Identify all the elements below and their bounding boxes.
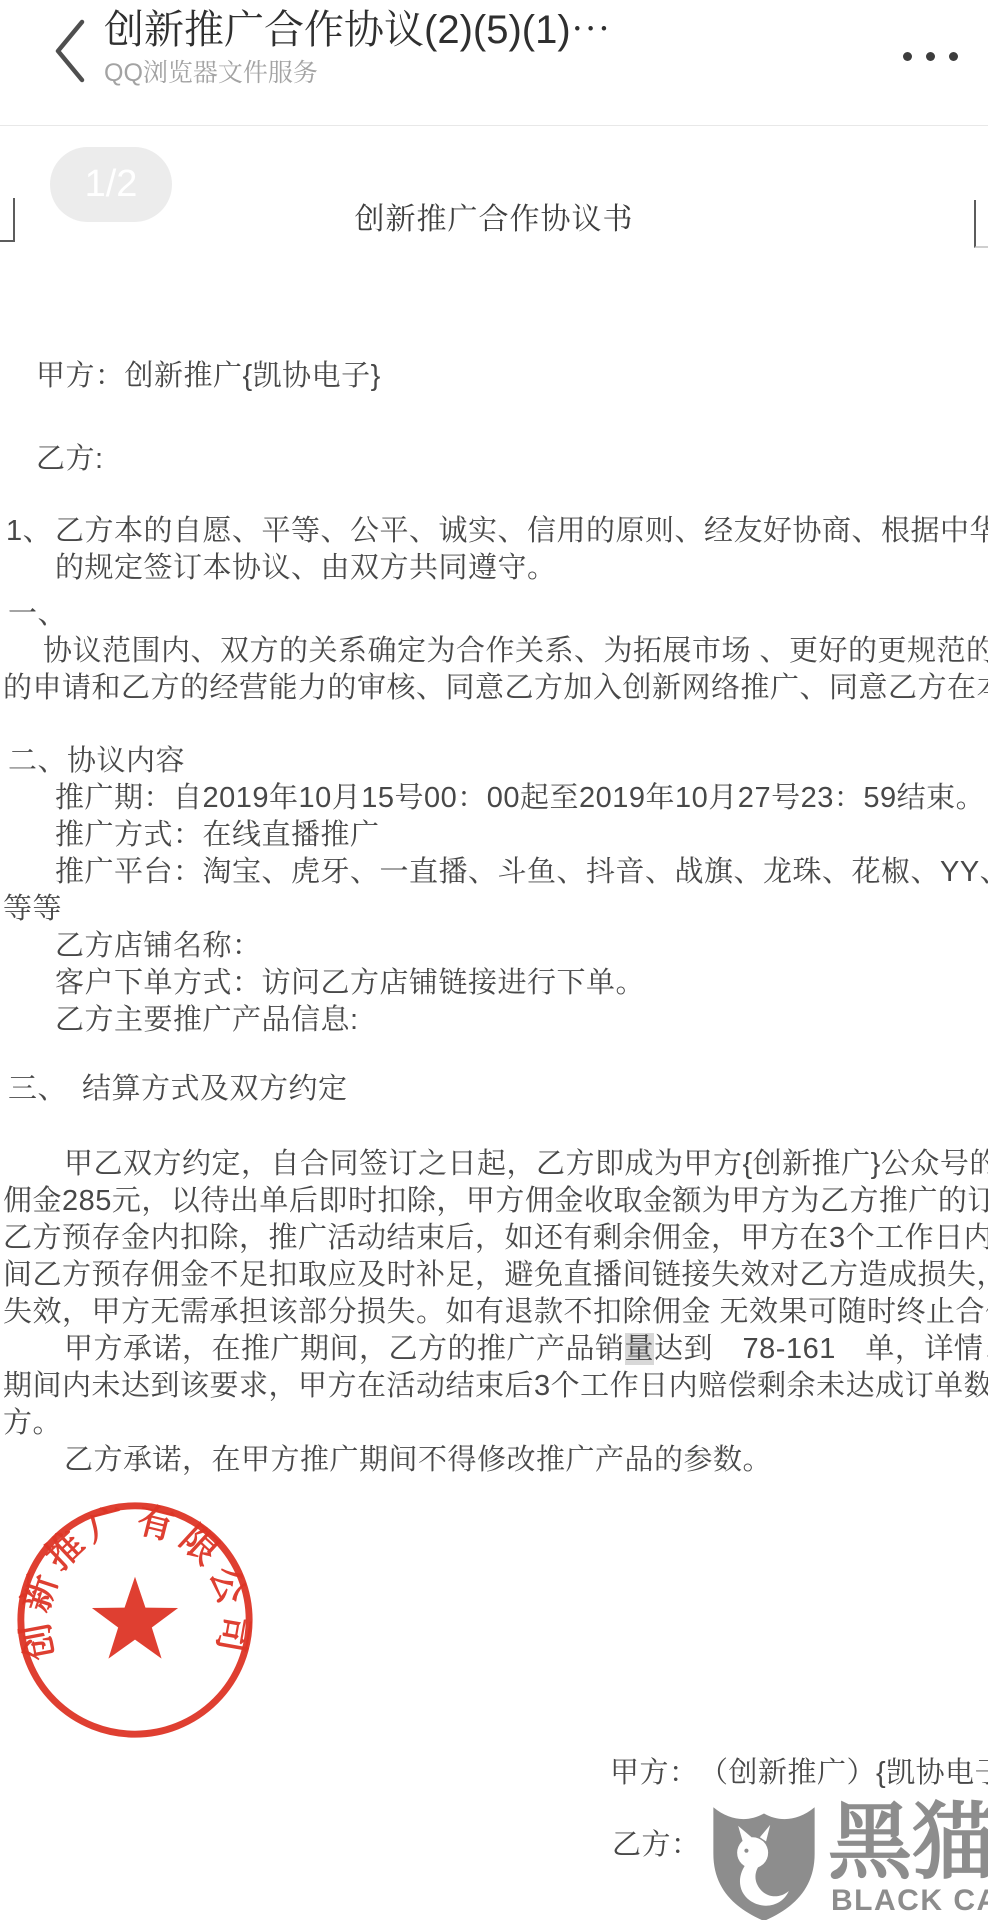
doc-line: 失效，甲方无需承担该部分损失。如有退款不扣除佣金 无效果可随时终止合作 (0, 1294, 988, 1331)
chevron-left-icon (46, 16, 96, 86)
doc-block: 乙方: (0, 441, 988, 478)
doc-line: 乙方: (0, 441, 988, 478)
ellipsis-icon (949, 52, 958, 61)
doc-line: 三、 结算方式及双方约定 (0, 1071, 988, 1108)
file-title: 创新推广合作协议(2)(5)(1)⋯ (104, 4, 611, 56)
doc-line: 佣金285元，以待出单后即时扣除，甲方佣金收取金额为甲方为乙方推广的订单交易金额… (0, 1183, 988, 1220)
doc-line: 甲方：创新推广{凯协电子} (0, 358, 988, 395)
signature-party-a: 甲方： （创新推广）{凯协电子 } (610, 1750, 988, 1791)
doc-block: 1、乙方本的自愿、平等、公平、诚实、信用的原则、经友好协商、根据中华人民共和国有… (0, 513, 988, 587)
doc-line: 的申请和乙方的经营能力的审核、同意乙方加入创新网络推广、同意乙方在本平台{创新推… (0, 670, 988, 707)
file-service-label: QQ浏览器文件服务 (104, 57, 611, 89)
doc-line: 一、 (0, 596, 988, 633)
qq-browser-file-viewer: 创新推广合作协议(2)(5)(1)⋯ QQ浏览器文件服务 1/2 创新推广合作协… (0, 0, 988, 1920)
ellipsis-icon (926, 52, 935, 61)
page-indicator: 1/2 (50, 147, 172, 222)
doc-line: 二、协议内容 (0, 743, 988, 780)
doc-line: 1、乙方本的自愿、平等、公平、诚实、信用的原则、经友好协商、根据中华人民共和国有… (0, 513, 988, 550)
more-menu-button[interactable] (890, 34, 970, 78)
doc-line: 乙方店铺名称： (0, 928, 988, 965)
star-icon (92, 1577, 178, 1659)
doc-block: 一、协议范围内、双方的关系确定为合作关系、为拓展市场 、更好的更规范的服务消费者… (0, 596, 988, 707)
doc-line: 甲乙双方约定，自合同签订之日起，乙方即成为甲方{创新推广}公众号的高级vip，在… (0, 1146, 988, 1183)
header-titles: 创新推广合作协议(2)(5)(1)⋯ QQ浏览器文件服务 (104, 4, 611, 89)
watermark-name: 黑猫 (828, 1798, 988, 1886)
doc-line: 客户下单方式：访问乙方店铺链接进行下单。 (0, 965, 988, 1002)
doc-line: 推广方式：在线直播推广 (0, 817, 988, 854)
doc-line: 方。 (0, 1405, 988, 1442)
black-cat-shield-icon (712, 1798, 816, 1920)
list-marker: 1、 (6, 513, 52, 550)
doc-line: 的规定签订本协议、由双方共同遵守。 (0, 550, 988, 587)
doc-block: 甲乙双方约定，自合同签订之日起，乙方即成为甲方{创新推广}公众号的高级vip，在… (0, 1146, 988, 1479)
doc-line: 甲方承诺，在推广期间，乙方的推广产品销量达到 78-161 单，详情以表格为准，… (0, 1331, 988, 1368)
doc-line: 乙方主要推广产品信息: (0, 1002, 988, 1039)
watermark-subtitle: BLACK CAT (831, 1884, 988, 1918)
company-seal: 创新推广有限公司 (12, 1494, 258, 1746)
back-button[interactable] (46, 16, 96, 86)
doc-block: 甲方：创新推广{凯协电子} (0, 358, 988, 395)
doc-block: 三、 结算方式及双方约定 (0, 1071, 988, 1108)
ellipsis-icon (903, 52, 912, 61)
header: 创新推广合作协议(2)(5)(1)⋯ QQ浏览器文件服务 (0, 0, 988, 126)
doc-line: 期间内未达到该要求，甲方在活动结束后3个工作日内赔偿剩余未达成订单数量金额的10… (0, 1368, 988, 1405)
doc-block: 二、协议内容推广期：自2019年10月15号00：00起至2019年10月27号… (0, 743, 988, 1039)
doc-line: 乙方承诺，在甲方推广期间不得修改推广产品的参数。 (0, 1442, 988, 1479)
doc-line: 乙方预存金内扣除，推广活动结束后，如还有剩余佣金，甲方在3个工作日内退还至乙方账… (0, 1220, 988, 1257)
doc-line: 推广期：自2019年10月15号00：00起至2019年10月27号23：59结… (0, 780, 988, 817)
doc-line: 推广平台：淘宝、虎牙、一直播、斗鱼、抖音、战旗、龙珠、花椒、YY、酷狗、快手、映… (0, 854, 988, 891)
doc-line: 间乙方预存佣金不足扣取应及时补足，避免直播间链接失效对乙方造成损失，如因预存金额… (0, 1257, 988, 1294)
doc-line: 协议范围内、双方的关系确定为合作关系、为拓展市场 、更好的更规范的服务消费者、甲… (0, 633, 988, 670)
doc-line: 等等 (0, 891, 988, 928)
